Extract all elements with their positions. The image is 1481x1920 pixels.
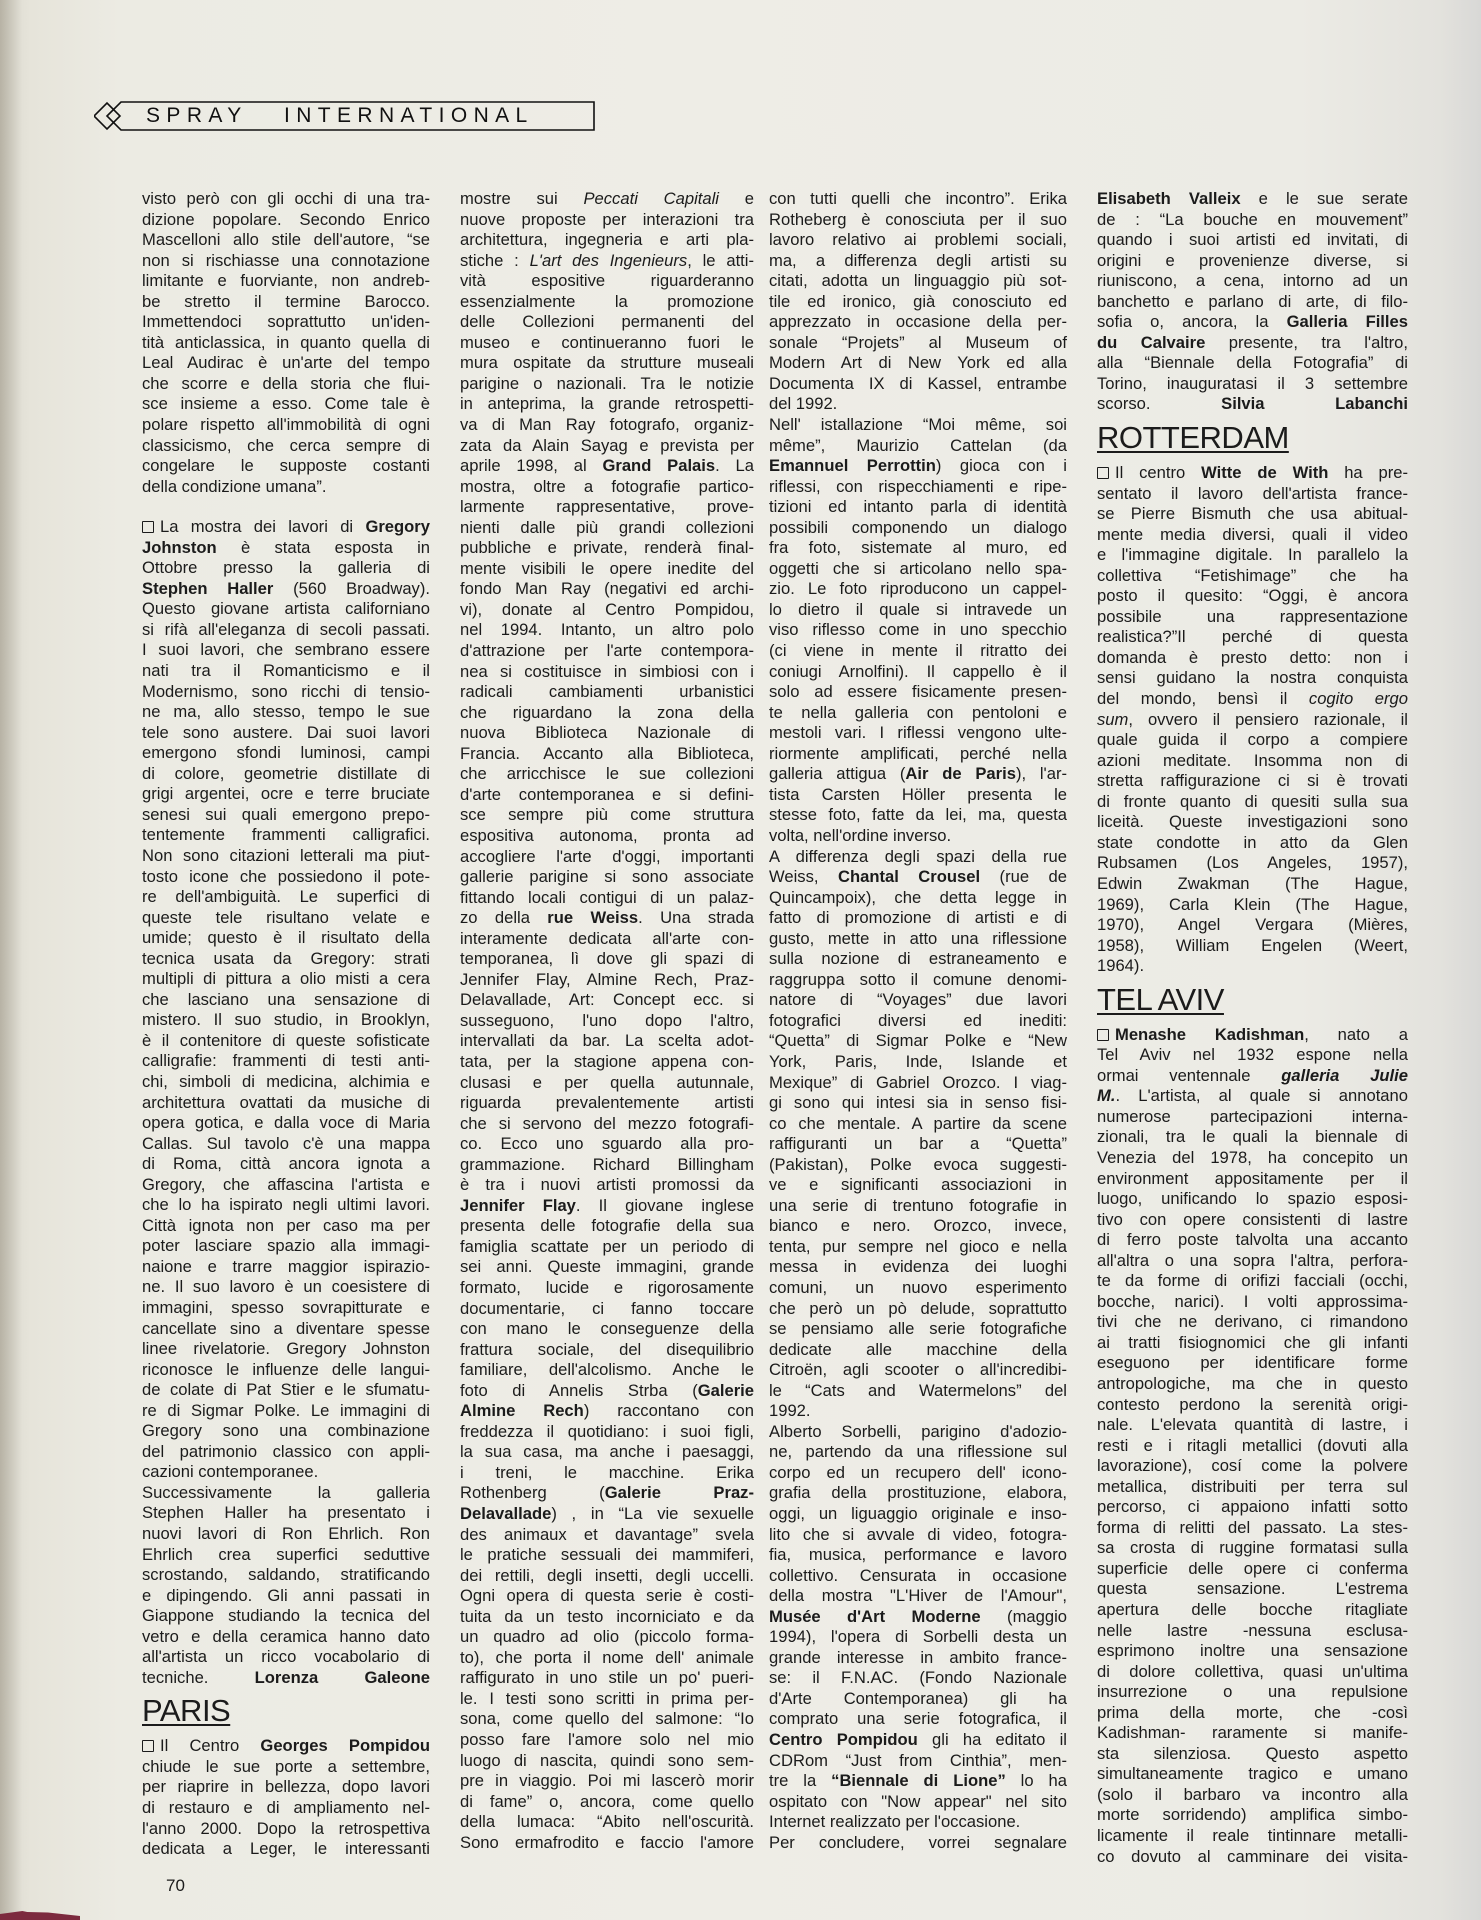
text-run: raffiguranti un bar a “Quetta”	[769, 1134, 1067, 1153]
emphasis-name: Galerie Praz-	[605, 1483, 754, 1502]
text-line: pre in viaggio. Poi mi lascerò morir	[460, 1771, 754, 1792]
text-run: tecniche.	[142, 1668, 255, 1687]
text-run: nuovi lavori di Ron Ehrlich. Ron	[142, 1524, 430, 1543]
text-run: per riaprire in bellezza, dopo lavori	[142, 1777, 430, 1796]
text-line: raffigurato in uno stile un po' pueri-	[460, 1668, 754, 1689]
text-run: senesi sui quali emergono prepo-	[142, 805, 430, 824]
text-run: numerose partecipazioni interna-	[1097, 1107, 1408, 1126]
text-line: zio. Le foto riproducono un cappel-	[769, 579, 1067, 600]
text-run: simultaneamente tragico e umano	[1097, 1764, 1408, 1783]
emphasis-name: Jennifer Flay	[460, 1196, 576, 1215]
text-run: ma, a differenza degli artisti su	[769, 251, 1067, 270]
text-run: del 1992.	[769, 394, 837, 413]
text-line: della lumaca: “Abito nell'oscurità.	[460, 1812, 754, 1833]
italic-title: L'art des Ingenieurs	[530, 251, 688, 270]
text-run: Edwin Zwakman (The Hague,	[1097, 874, 1408, 893]
text-line: interamente dedicata all'arte con-	[460, 929, 754, 950]
emphasis-name: rue Weiss	[547, 908, 638, 927]
text-line: (Pakistan), Polke evoca suggesti-	[769, 1155, 1067, 1176]
section-heading: PARIS	[142, 1694, 230, 1728]
text-run: fatto di promozione di artisti e di	[769, 908, 1067, 927]
text-run: mestoli vari. I riflessi vengono ulte-	[769, 723, 1067, 742]
text-run: mente media diversi, quali il video	[1097, 525, 1408, 544]
text-line: CDRom “Just from Cinthia”, men-	[769, 1751, 1067, 1772]
text-line: Edwin Zwakman (The Hague,	[1097, 874, 1408, 895]
text-run: nea si costituisce in simbiosi con i	[460, 662, 754, 681]
text-line: che riguardano la zona della	[460, 703, 754, 724]
text-run: riguarda prevalentemente artisti	[460, 1093, 754, 1112]
text-run: Sono ermafrodito e faccio l'amore	[460, 1833, 754, 1852]
text-line: Torino, inauguratasi il 3 settembre	[1097, 374, 1408, 395]
text-line: del mondo, bensì il cogito ergo	[1097, 689, 1408, 710]
text-run: famiglia scattate per un periodo di	[460, 1237, 754, 1256]
text-line: apertura delle bocche ritagliate	[1097, 1600, 1408, 1621]
text-run: nuova Biblioteca Nazionale di	[460, 723, 754, 742]
text-line: i treni, le macchine. Erika	[460, 1463, 754, 1484]
text-line: licamente il reale tintinnare metalli-	[1097, 1826, 1408, 1847]
text-run: Per concludere, vorrei segnalare	[769, 1833, 1067, 1852]
bullet-square-icon	[1097, 467, 1109, 479]
emphasis-name: Centro Pompidou	[769, 1730, 918, 1749]
text-run: Venezia del 1978, ha concepito un	[1097, 1148, 1408, 1167]
text-line: aprile 1998, al Grand Palais. La	[460, 456, 754, 477]
text-line: di dolore collettiva, quasi un'ultima	[1097, 1662, 1408, 1683]
text-run: gi sono qui intesi sia in senso fisi-	[769, 1093, 1067, 1112]
text-run: fia, musica, performance e lavoro	[769, 1545, 1067, 1564]
text-line: chiude le sue porte a settembre,	[142, 1757, 430, 1778]
text-run: tecnica usata da Gregory: strati	[142, 949, 430, 968]
text-line: visto però con gli occhi di una tra-	[142, 189, 430, 210]
text-line: Mascelloni allo stile dell'autore, “se	[142, 230, 430, 251]
text-line: la sua casa, ma anche i paesaggi,	[460, 1442, 754, 1463]
text-line: Stephen Haller ha presentato i	[142, 1503, 430, 1524]
text-run: Citroën, agli scooter o all'incredibi-	[769, 1360, 1067, 1379]
text-run: un quadro ad olio (piccolo forma-	[460, 1627, 754, 1646]
text-line: Johnston è stata esposta in	[142, 538, 430, 559]
text-line: zionali, tra le quali la biennale di	[1097, 1127, 1408, 1148]
text-line: che lo ha ispirato negli ultimi lavori.	[142, 1195, 430, 1216]
text-line: percorso, ci appaiono infatti sotto	[1097, 1497, 1408, 1518]
text-line: le “Cats and Watermelons” del	[769, 1381, 1067, 1402]
text-run: dizione popolare. Secondo Enrico	[142, 210, 430, 229]
text-line: scorso. Silvia Labanchi	[1097, 394, 1408, 415]
text-run: lito che si avvale di video, fotogra-	[769, 1525, 1067, 1544]
text-run: Giappone studiando la tecnica del	[142, 1606, 430, 1625]
text-line: tosto icone che possiedono il pote-	[142, 867, 430, 888]
text-line: Almine Rech) raccontano con	[460, 1401, 754, 1422]
text-line: quale guida il corpo a compiere	[1097, 730, 1408, 751]
text-run: sta silenziosa. Questo aspetto	[1097, 1744, 1408, 1763]
text-line: limitante e fuorviante, non andreb-	[142, 271, 430, 292]
text-run: bianco e nero. Orozco, invece,	[769, 1216, 1067, 1235]
text-run: non si rischiasse una connotazione	[142, 251, 430, 270]
text-line: Rotheberg è conosciuta per il suo	[769, 210, 1067, 231]
text-line: nuovi lavori di Ron Ehrlich. Ron	[142, 1524, 430, 1545]
text-run: zata da Alain Sayag e prevista per	[460, 436, 754, 455]
text-line: Centro Pompidou gli ha editato il	[769, 1730, 1067, 1751]
text-run: azioni meditate. Insomma non di	[1097, 751, 1408, 770]
text-run: ha pre-	[1328, 463, 1408, 482]
text-line: sona, come quello del salmone: “Io	[460, 1709, 754, 1730]
text-run: (ci viene in mente il ritratto dei	[769, 641, 1067, 660]
text-line: nuova Biblioteca Nazionale di	[460, 723, 754, 744]
text-run: se Pierre Bismuth che usa abitual-	[1097, 504, 1408, 523]
text-line: Delavallade, Art: Concept ecc. si	[460, 990, 754, 1011]
text-run: una serie di trentuno fotografie in	[769, 1196, 1067, 1215]
text-run: viso riflesso come in uno specchio	[769, 620, 1067, 639]
text-run: le “Cats and Watermelons” del	[769, 1381, 1067, 1400]
article-column-1: visto però con gli occhi di una tra-dizi…	[142, 189, 430, 1860]
text-line: Giappone studiando la tecnica del	[142, 1606, 430, 1627]
text-line: to), che porta il nome dell' animale	[460, 1648, 754, 1669]
text-run: oggi, un liguaggio originale e inso-	[769, 1504, 1067, 1523]
text-line: Stephen Haller (560 Broadway).	[142, 579, 430, 600]
text-line: calligrafie: frammenti di testi anti-	[142, 1051, 430, 1072]
text-run: to), che porta il nome dell' animale	[460, 1648, 754, 1667]
text-run: di Roma, città ancora ignota a	[142, 1154, 430, 1173]
text-line: nea si costituisce in simbiosi con i	[460, 662, 754, 683]
text-run: sa crosta di ruggine formatasi sulla	[1097, 1538, 1408, 1557]
text-run: Nell' istallazione “Moi même, soi	[769, 415, 1067, 434]
text-run: presenta delle fotografie della sua	[460, 1216, 754, 1235]
text-run: Modernismo, sono ricchi di tensio-	[142, 682, 430, 701]
text-run: museo e continueranno fuori le	[460, 333, 754, 352]
text-line: zo della rue Weiss. Una strada	[460, 908, 754, 929]
text-run: prima della morte, che -così	[1097, 1703, 1408, 1722]
page-gutter-shadow	[0, 0, 22, 1920]
text-run: . L'artista, al quale si annotano	[1115, 1086, 1408, 1105]
text-line: freddezza il quotidiano: i suoi figli,	[460, 1422, 754, 1443]
text-run: (solo il barbaro va incontro alla	[1097, 1785, 1408, 1804]
text-run: quando i suoi artisti ed invitati, di	[1097, 230, 1408, 249]
text-line: raggruppa sotto il comune denomi-	[769, 970, 1067, 991]
text-run: umide; questo è il risultato della	[142, 928, 430, 947]
text-run: presente, tra l'altro,	[1205, 333, 1408, 352]
text-line: Documenta IX di Kassel, entrambe	[769, 374, 1067, 395]
text-run: posso fare l'amore solo nel mio	[460, 1730, 754, 1749]
text-line: di fronte quanto di quesiti sulla sua	[1097, 792, 1408, 813]
text-run: Ogni opera di questa serie è costi-	[460, 1586, 754, 1605]
text-run: esprimono inoltre una sensazione	[1097, 1641, 1408, 1660]
text-line: dei rettili, degli insetti, degli uccell…	[460, 1566, 754, 1587]
text-run: Weiss,	[769, 867, 838, 886]
text-line: 1964).	[1097, 956, 1408, 977]
text-run: vità espositive riguarderanno	[460, 271, 754, 290]
text-line: una serie di trentuno fotografie in	[769, 1196, 1067, 1217]
text-run: “Quetta” di Sigmar Polke e “New	[769, 1031, 1067, 1050]
text-run: le. I testi sono scritti in prima per-	[460, 1689, 754, 1708]
header-title: SPRAY INTERNATIONAL	[146, 103, 534, 129]
text-run: Alberto Sorbelli, parigino d'adozio-	[769, 1422, 1067, 1441]
text-run: mostra, oltre a fotografie partico-	[460, 477, 754, 496]
text-run: delle Collezioni permanenti del	[460, 312, 754, 331]
text-line: poter lasciare spazio alla immagi-	[142, 1236, 430, 1257]
text-line: non si rischiasse una connotazione	[142, 251, 430, 272]
text-line: lavoro relativo ai problemi sociali,	[769, 230, 1067, 251]
text-line: Gregory, che affascina l'artista e	[142, 1175, 430, 1196]
text-run: co che mentale. A partire da scene	[769, 1114, 1067, 1133]
text-run: formato, lucide e rigorosamente	[460, 1278, 754, 1297]
text-run: della lumaca: “Abito nell'oscurità.	[460, 1812, 754, 1831]
text-line: che scorre e della storia che flui-	[142, 374, 430, 395]
text-line: documentarie, ci fanno toccare	[460, 1299, 754, 1320]
text-run: Successivamente la galleria	[142, 1483, 430, 1502]
text-run: zio. Le foto riproducono un cappel-	[769, 579, 1067, 598]
text-run: Tel Aviv nel 1932 espone nella	[1097, 1045, 1408, 1064]
text-run: gusto, mette in atto una riflessione	[769, 929, 1067, 948]
text-line: citati, adotta un linguaggio più sot-	[769, 271, 1067, 292]
text-run: va di Man Ray fotografo, organiz-	[460, 415, 754, 434]
text-run: liceità. Queste investigazioni sono	[1097, 812, 1408, 831]
text-run: forma di relitti del passato. La stes-	[1097, 1518, 1408, 1537]
text-run: scrostando, saldando, stratificando	[142, 1565, 430, 1584]
text-run: (Pakistan), Polke evoca suggesti-	[769, 1155, 1067, 1174]
text-line: origini e provenienze diverse, si	[1097, 251, 1408, 272]
text-run: dedicate alle macchine della	[769, 1340, 1067, 1359]
text-line: temporanea, lì dove gli spazi di	[460, 949, 754, 970]
text-line: fatto di promozione di artisti e di	[769, 908, 1067, 929]
text-line: gusto, mette in atto una riflessione	[769, 929, 1067, 950]
text-run: antropologiche, ma che in questo	[1097, 1374, 1408, 1393]
text-run: messa in evidenza dei luoghi	[769, 1257, 1067, 1276]
emphasis-name: Gregory	[365, 517, 430, 536]
text-line: di ferro poste talvolta una accanto	[1097, 1230, 1408, 1251]
text-run: (rue de	[980, 867, 1067, 886]
text-line: superficie delle opere ci conferma	[1097, 1559, 1408, 1580]
text-run: contesto perdono la serenità origi-	[1097, 1395, 1408, 1414]
text-run: lo dietro il quale si intravede un	[769, 600, 1067, 619]
text-run: Il centro	[1115, 463, 1201, 482]
text-line: luogo, unificando lo spazio esposi-	[1097, 1189, 1408, 1210]
text-line: delle Collezioni permanenti del	[460, 312, 754, 333]
text-line: fotografici diversi ed inediti:	[769, 1011, 1067, 1032]
text-run: re di Sigmar Polke. Le immagini di	[142, 1401, 430, 1420]
text-line: di Roma, città ancora ignota a	[142, 1154, 430, 1175]
text-run: della condizione umana”.	[142, 477, 327, 496]
text-run: tista Carsten Höller presenta le	[769, 785, 1067, 804]
text-run: ne ma, allo stesso, tempo le sue	[142, 702, 430, 721]
text-line: morte sorridendo) amplifica simbo-	[1097, 1805, 1408, 1826]
text-run: Gregory, che affascina l'artista e	[142, 1175, 430, 1194]
text-run: dedicata a Leger, le interessanti	[142, 1839, 430, 1858]
text-run: te da forme di orifizi facciali (occhi,	[1097, 1271, 1408, 1290]
text-line: co. Ecco uno sguardo alla pro-	[460, 1134, 754, 1155]
text-line: che arricchisce le sue collezioni	[460, 764, 754, 785]
text-run: opera gotica, e dalla voce di Maria	[142, 1113, 430, 1132]
text-line: famiglia scattate per un periodo di	[460, 1237, 754, 1258]
text-run: nienti dalle più grandi collezioni	[460, 518, 754, 537]
text-run: stiche :	[460, 251, 530, 270]
text-line: sta silenziosa. Questo aspetto	[1097, 1744, 1408, 1765]
text-line: d'attrazione per l'arte contempora-	[460, 641, 754, 662]
text-line: sce insieme a esso. Come tale è	[142, 394, 430, 415]
text-line: azioni meditate. Insomma non di	[1097, 751, 1408, 772]
text-run: quale guida il corpo a compiere	[1097, 730, 1408, 749]
text-line: Callas. Sul tavolo c'è una mappa	[142, 1134, 430, 1155]
text-run: gallerie parigine si sono associate	[460, 867, 754, 886]
text-line: con mano le conseguenze della	[460, 1319, 754, 1340]
text-line: con tutti quelli che incontro”. Erika	[769, 189, 1067, 210]
text-line: co dovuto al camminare dei visita-	[1097, 1847, 1408, 1868]
text-run: 1958), William Engelen (Weert,	[1097, 936, 1408, 955]
text-line: del 1992.	[769, 394, 1067, 415]
text-run: insurrezione o una repulsione	[1097, 1682, 1408, 1701]
text-run: Documenta IX di Kassel, entrambe	[769, 374, 1067, 393]
text-line: va di Man Ray fotografo, organiz-	[460, 415, 754, 436]
text-run: be stretto il termine Barocco.	[142, 292, 430, 311]
emphasis-name: Almine Rech	[460, 1401, 584, 1420]
text-run: sensi guidano la nostra conquista	[1097, 668, 1408, 687]
text-line: susseguono, l'uno dopo l'altro,	[460, 1011, 754, 1032]
text-line: nienti dalle più grandi collezioni	[460, 518, 754, 539]
text-run: te nella galleria con pentoloni e	[769, 703, 1067, 722]
text-line: (solo il barbaro va incontro alla	[1097, 1785, 1408, 1806]
text-run: apprezzato in occasione della per-	[769, 312, 1067, 331]
text-line: dedicata a Leger, le interessanti	[142, 1839, 430, 1860]
text-line: emergono sfondi luminosi, campi	[142, 743, 430, 764]
text-run: Francia. Accanto alla Biblioteca,	[460, 744, 754, 763]
text-run: che arricchisce le sue collezioni	[460, 764, 754, 783]
text-line: è il contenitore di queste sofisticate	[142, 1031, 430, 1052]
text-run: ) , in “La vie sexuelle	[551, 1504, 754, 1523]
text-line: della condizione umana”.	[142, 477, 430, 498]
text-line: comprato una serie fotografica, il	[769, 1709, 1067, 1730]
text-run: , ovvero il pensiero razionale, il	[1128, 710, 1408, 729]
text-run: realistica?”Il perché di questa	[1097, 627, 1408, 646]
text-line: même”, Maurizio Cattelan (da	[769, 436, 1067, 457]
text-run: metallica, distribuiti per terra sul	[1097, 1477, 1408, 1496]
text-line: te da forme di orifizi facciali (occhi,	[1097, 1271, 1408, 1292]
text-run: raggruppa sotto il comune denomi-	[769, 970, 1067, 989]
text-run: Immettendoci soprattutto un'iden-	[142, 312, 430, 331]
text-run: del mondo, bensì il	[1097, 689, 1309, 708]
text-line: oggetti che si articolano nello spa-	[769, 559, 1067, 580]
text-run: sona, come quello del salmone: “Io	[460, 1709, 754, 1728]
text-line: linee rivelatorie. Gregory Johnston	[142, 1339, 430, 1360]
bullet-square-icon	[142, 1740, 154, 1752]
emphasis-name: Musée d'Art Moderne	[769, 1607, 981, 1626]
text-run: citati, adotta un linguaggio più sot-	[769, 271, 1067, 290]
text-run: all'artista un ricco vocabolario di	[142, 1647, 430, 1666]
text-line: è tra i nuovi artisti promossi da	[460, 1175, 754, 1196]
text-line: Successivamente la galleria	[142, 1483, 430, 1504]
text-line: stesse foto, fatte da lei, ma, questa	[769, 805, 1067, 826]
text-run: origini e provenienze diverse, si	[1097, 251, 1408, 270]
text-line: te nella galleria con pentoloni e	[769, 703, 1067, 724]
text-run: Jennifer Flay, Almine Rech, Praz-	[460, 970, 754, 989]
text-line: Rubsamen (Los Angeles, 1957),	[1097, 853, 1408, 874]
text-run: di fame” o, ancora, come quello	[460, 1792, 754, 1811]
text-line: accogliere l'arte d'oggi, importanti	[460, 847, 754, 868]
text-run: ve e significanti associazioni in	[769, 1175, 1067, 1194]
text-line: du Calvaire presente, tra l'altro,	[1097, 333, 1408, 354]
emphasis-name: Galleria Filles	[1287, 312, 1408, 331]
text-line: in anteprima, la grande retrospetti-	[460, 394, 754, 415]
text-run: della mostra "L'Hiver de l'Amour",	[769, 1586, 1067, 1605]
text-run: stesse foto, fatte da lei, ma, questa	[769, 805, 1067, 824]
text-line: collettiva “Fetishimage” che ha	[1097, 566, 1408, 587]
text-run: raffigurato in uno stile un po' pueri-	[460, 1668, 754, 1687]
text-line: raffiguranti un bar a “Quetta”	[769, 1134, 1067, 1155]
text-line: architettura ovattati da musiche di	[142, 1093, 430, 1114]
text-line: Jennifer Flay, Almine Rech, Praz-	[460, 970, 754, 991]
text-line: grande interesse in ambito france-	[769, 1648, 1067, 1669]
text-run: interamente dedicata all'arte con-	[460, 929, 754, 948]
text-line: le. I testi sono scritti in prima per-	[460, 1689, 754, 1710]
text-run: se pensiamo alle serie fotografiche	[769, 1319, 1067, 1338]
text-line: 1970), Angel Vergara (Mières,	[1097, 915, 1408, 936]
text-line: mistero. Il suo studio, in Brooklyn,	[142, 1010, 430, 1031]
text-line: museo e continueranno fuori le	[460, 333, 754, 354]
text-run: parigine o nazionali. Tra le notizie	[460, 374, 754, 393]
text-line: Rothenberg (Galerie Praz-	[460, 1483, 754, 1504]
text-run: mostre sui	[460, 189, 583, 208]
text-line: banchetto e parlano di arte, di filo-	[1097, 292, 1408, 313]
text-line: Internet realizzato per l'occasione.	[769, 1812, 1067, 1833]
text-run: pre in viaggio. Poi mi lascerò morir	[460, 1771, 754, 1790]
text-line: ma, a differenza degli artisti su	[769, 251, 1067, 272]
text-run: luogo di nascita, quindi sono sem-	[460, 1751, 754, 1770]
text-run: de : “La bouche en mouvement”	[1097, 210, 1408, 229]
text-run: i treni, le macchine. Erika	[460, 1463, 754, 1482]
text-run: oggetti che si articolano nello spa-	[769, 559, 1067, 578]
text-run: espositiva autonoma, pronta ad	[460, 826, 754, 845]
text-line: collettivo. Censurata in occasione	[769, 1566, 1067, 1587]
text-line: si rifà all'eleganza di secoli passati.	[142, 620, 430, 641]
text-run: larmente rappresentative, prove-	[460, 497, 754, 516]
text-line: che lasciano una sensazione di	[142, 990, 430, 1011]
text-run: di dolore collettiva, quasi un'ultima	[1097, 1662, 1408, 1681]
text-line: umide; questo è il risultato della	[142, 928, 430, 949]
text-line: riconosce le influenze delle langui-	[142, 1360, 430, 1381]
text-line: fondo Man Ray (negativi ed archi-	[460, 579, 754, 600]
text-line: fittando locali contigui di un palaz-	[460, 888, 754, 909]
text-run: nale. L'elevata quantità di lastre, i	[1097, 1415, 1408, 1434]
text-line: sa crosta di ruggine formatasi sulla	[1097, 1538, 1408, 1559]
text-line: mente visibili le opere inedite del	[460, 559, 754, 580]
text-line: Venezia del 1978, ha concepito un	[1097, 1148, 1408, 1169]
text-line: ai tratti fisiognomici che gli infanti	[1097, 1333, 1408, 1354]
text-run: , le atti-	[687, 251, 754, 270]
text-run: Non sono citazioni letterali ma piut-	[142, 846, 430, 865]
text-run: de colate di Pat Stier e le sfumatu-	[142, 1380, 430, 1399]
text-run: ) gioca con i	[936, 456, 1067, 475]
text-line: Kadishman- raramente si manife-	[1097, 1723, 1408, 1744]
text-run: Internet realizzato per l'occasione.	[769, 1812, 1020, 1831]
text-line: gi sono qui intesi sia in senso fisi-	[769, 1093, 1067, 1114]
text-run: . Il giovane inglese	[576, 1196, 754, 1215]
text-line: sensi guidano la nostra conquista	[1097, 668, 1408, 689]
text-line: larmente rappresentative, prove-	[460, 497, 754, 518]
text-run: all'altra o una sopra l'altra, perfora-	[1097, 1251, 1408, 1270]
text-run: è stata esposta in	[217, 538, 430, 557]
text-run: tele sono austere. Dai suoi lavori	[142, 723, 430, 742]
text-line: tenta, pur sempre nel gioco e nella	[769, 1237, 1067, 1258]
text-line: ospitato con "Now appear" nel sito	[769, 1792, 1067, 1813]
text-run: nelle lastre -nessuna esclusa-	[1097, 1621, 1408, 1640]
text-line: Immettendoci soprattutto un'iden-	[142, 312, 430, 333]
text-run: ne. Il suo lavoro è un coesistere di	[142, 1277, 430, 1296]
text-line: riormente amplificati, perché nella	[769, 744, 1067, 765]
text-line: dizione popolare. Secondo Enrico	[142, 210, 430, 231]
text-run: congelare le supposte costanti	[142, 456, 430, 475]
text-run: questa sensazione. L'estrema	[1097, 1579, 1408, 1598]
text-run: linee rivelatorie. Gregory Johnston	[142, 1339, 430, 1358]
emphasis-name: Chantal Crousel	[838, 867, 980, 886]
text-run: ormai ventennale	[1097, 1066, 1281, 1085]
text-run: tre la	[769, 1771, 831, 1790]
text-run: Delavallade, Art: Concept ecc. si	[460, 990, 754, 1009]
